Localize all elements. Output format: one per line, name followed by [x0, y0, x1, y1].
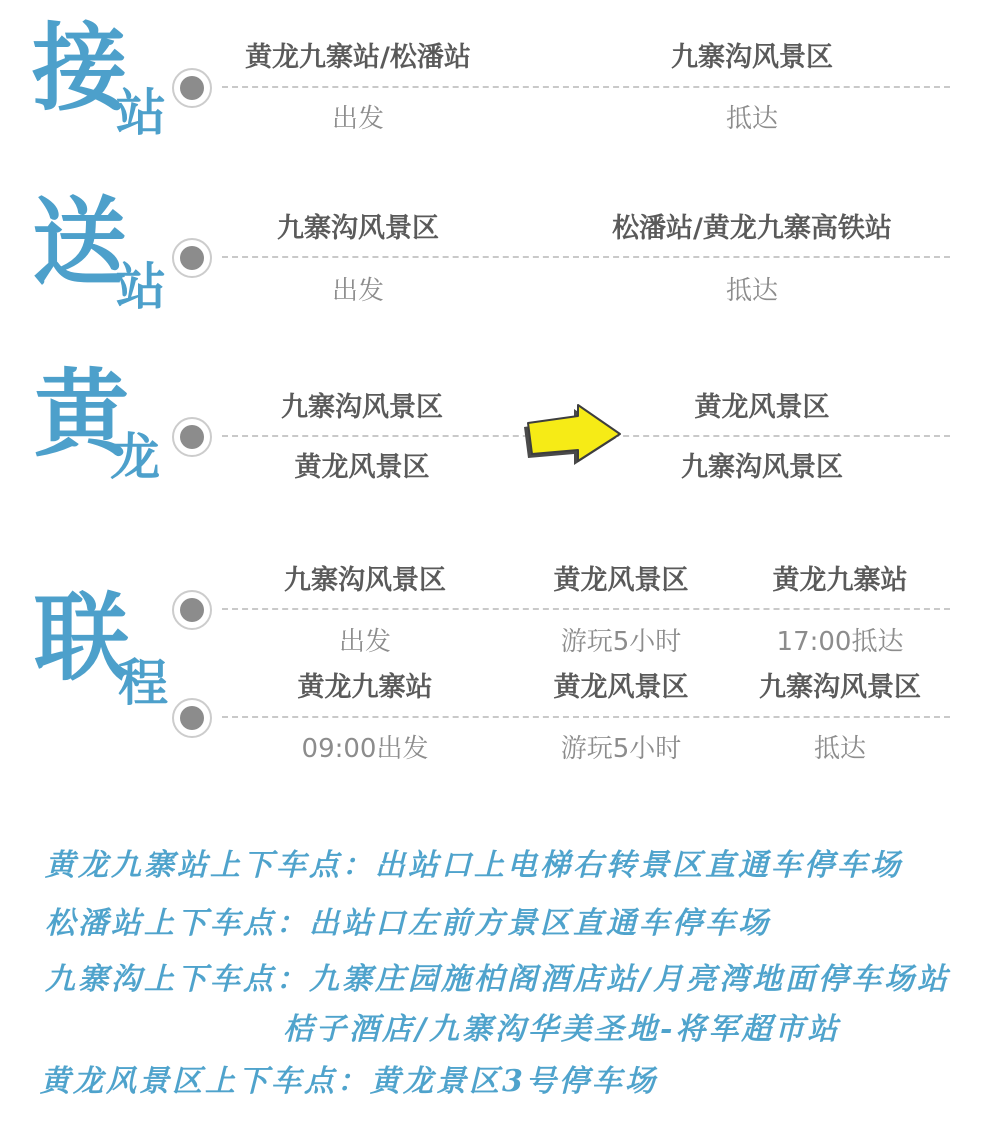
timeline-bullet-icon [172, 238, 212, 278]
timeline-bullet-icon [172, 590, 212, 630]
shuttle-schedule-infographic: 接 站 黄龙九寨站/松潘站 九寨沟风景区 出发 抵达 送 站 九寨沟风景区 松潘… [0, 0, 1000, 1136]
station-status: 出发 [215, 627, 515, 658]
station-name: 黄龙九寨站/松潘站 [208, 42, 508, 74]
note-line: 黄龙风景区上下车点：黄龙景区3号停车场 [40, 1064, 658, 1100]
right-arrow-icon [522, 402, 628, 470]
bullet-dot-icon [180, 246, 204, 270]
note-line: 黄龙九寨站上下车点：出站口上电梯右转景区直通车停车场 [45, 848, 903, 884]
section-connecting-label-big: 联 [34, 592, 129, 687]
station-status: 出发 [208, 276, 508, 307]
timeline-bullet-icon [172, 698, 212, 738]
station-name: 黄龙九寨站 [215, 672, 515, 704]
station-status: 抵达 [602, 104, 902, 135]
note-line: 桔子酒店/九寨沟华美圣地-将军超市站 [283, 1012, 840, 1048]
station-status: 抵达 [690, 734, 990, 765]
dashed-route-line [222, 608, 950, 610]
section-dropoff-label-big: 送 [32, 196, 127, 291]
station-name: 九寨沟风景区 [690, 672, 990, 704]
station-name: 九寨沟风景区 [208, 213, 508, 245]
station-name: 松潘站/黄龙九寨高铁站 [570, 213, 934, 245]
bullet-dot-icon [180, 76, 204, 100]
dashed-route-line [222, 716, 950, 718]
bullet-dot-icon [180, 425, 204, 449]
station-name: 九寨沟风景区 [212, 392, 512, 424]
station-name: 黄龙风景区 [612, 392, 912, 424]
note-line: 松潘站上下车点：出站口左前方景区直通车停车场 [45, 906, 771, 942]
timeline-bullet-icon [172, 68, 212, 108]
station-name: 九寨沟风景区 [612, 452, 912, 484]
station-status: 出发 [208, 104, 508, 135]
station-status: 17:00抵达 [690, 627, 990, 658]
station-name: 黄龙风景区 [212, 452, 512, 484]
dashed-route-line [222, 256, 950, 258]
station-name: 九寨沟风景区 [215, 565, 515, 597]
station-name: 黄龙九寨站 [690, 565, 990, 597]
section-pickup-label-big: 接 [32, 22, 127, 117]
section-dropoff-label-small: 站 [116, 262, 166, 312]
bullet-dot-icon [180, 706, 204, 730]
section-pickup-label-small: 站 [116, 88, 166, 138]
station-name: 九寨沟风景区 [602, 42, 902, 74]
bullet-dot-icon [180, 598, 204, 622]
timeline-bullet-icon [172, 417, 212, 457]
station-status: 抵达 [570, 276, 934, 307]
dashed-route-line [222, 86, 950, 88]
section-connecting-label-small: 程 [118, 658, 168, 708]
note-line: 九寨沟上下车点：九寨庄园施柏阁酒店站/月亮湾地面停车场站 [45, 962, 950, 998]
section-huanglong-label-small: 龙 [110, 432, 160, 482]
station-status: 09:00出发 [215, 734, 515, 765]
